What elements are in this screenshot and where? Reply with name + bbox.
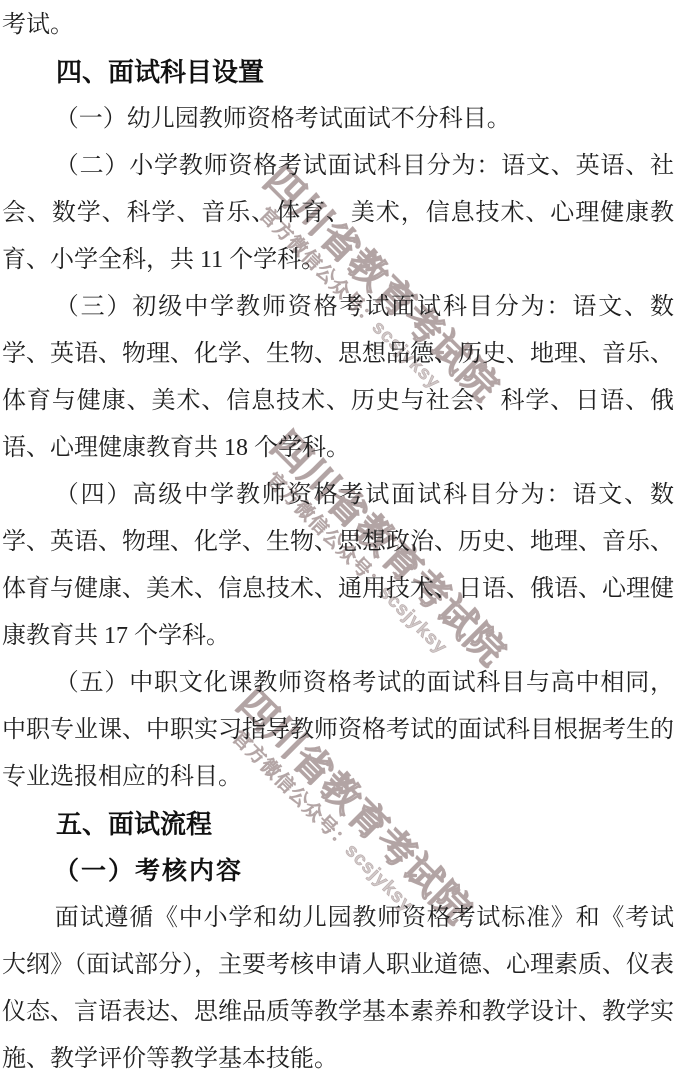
subsection-heading-assessment-content: （一）考核内容 xyxy=(2,848,674,895)
document-page: 四川省教育考试院 官方微信公众号：scsjyksy 四川省教育考试院 官方微信公… xyxy=(0,0,680,1082)
paragraph-item-3-junior-high: （三）初级中学教师资格考试面试科目分为：语文、数学、英语、物理、化学、生物、思想… xyxy=(2,284,674,472)
paragraph-continuation: 考试。 xyxy=(2,2,674,49)
paragraph-assessment-content: 面试遵循《中小学和幼儿园教师资格考试标准》和《考试大纲》（面试部分），主要考核申… xyxy=(2,895,674,1082)
paragraph-item-1-kindergarten: （一）幼儿园教师资格考试面试不分科目。 xyxy=(2,96,674,143)
paragraph-item-2-primary-school: （二）小学教师资格考试面试科目分为：语文、英语、社会、数学、科学、音乐、体育、美… xyxy=(2,143,674,284)
document-content: 考试。 四、面试科目设置 （一）幼儿园教师资格考试面试不分科目。 （二）小学教师… xyxy=(0,0,680,1082)
paragraph-item-5-vocational: （五）中职文化课教师资格考试的面试科目与高中相同，中职专业课、中职实习指导教师资… xyxy=(2,660,674,801)
section-heading-interview-process: 五、面试流程 xyxy=(2,801,674,848)
section-heading-interview-subjects: 四、面试科目设置 xyxy=(2,49,674,96)
paragraph-item-4-senior-high: （四）高级中学教师资格考试面试科目分为：语文、数学、英语、物理、化学、生物、思想… xyxy=(2,472,674,660)
